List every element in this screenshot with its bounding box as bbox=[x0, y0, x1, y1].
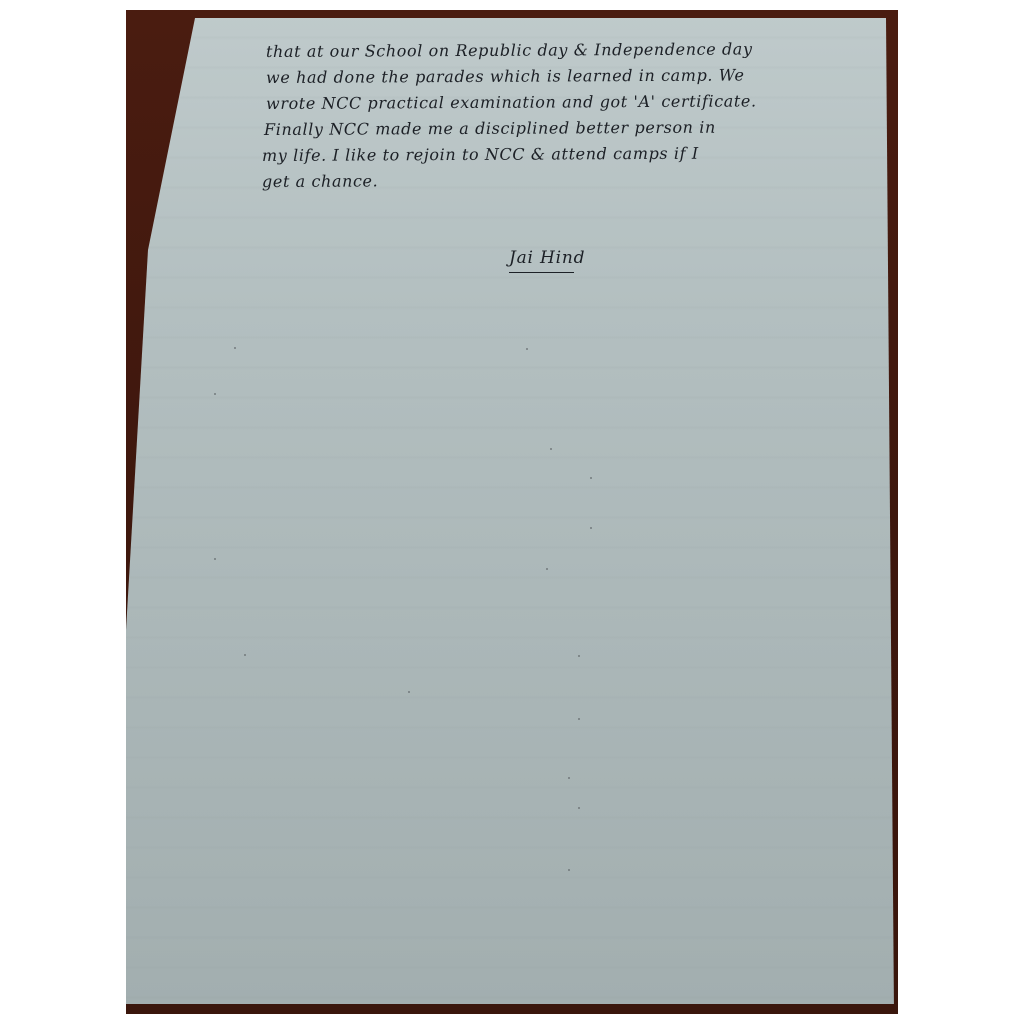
ink-speck bbox=[244, 654, 246, 656]
ink-speck bbox=[546, 568, 548, 570]
letter-line: my life. I like to rejoin to NCC & atten… bbox=[262, 144, 699, 165]
letter-line: we had done the parades which is learned… bbox=[266, 65, 745, 87]
ink-speck bbox=[568, 777, 570, 779]
closing-salutation: Jai Hind bbox=[509, 248, 585, 268]
letter-line: wrote NCC practical examination and got … bbox=[266, 91, 757, 113]
ink-speck bbox=[590, 527, 592, 529]
ink-speck bbox=[578, 718, 580, 720]
ink-speck bbox=[590, 477, 592, 479]
ink-speck bbox=[214, 393, 216, 395]
ink-speck bbox=[578, 807, 580, 809]
letter-line: get a chance. bbox=[262, 171, 378, 191]
closing-underline bbox=[509, 272, 574, 273]
ink-speck bbox=[578, 655, 580, 657]
ink-speck bbox=[568, 869, 570, 871]
ink-speck bbox=[234, 347, 236, 349]
ink-speck bbox=[550, 448, 552, 450]
ink-speck bbox=[214, 558, 216, 560]
paper-sheet: that at our School on Republic day & Ind… bbox=[126, 10, 898, 1014]
letter-line: Finally NCC made me a disciplined better… bbox=[264, 118, 716, 139]
table-edge-bottom bbox=[126, 1004, 898, 1014]
ink-speck bbox=[408, 691, 410, 693]
letter-line: that at our School on Republic day & Ind… bbox=[266, 39, 753, 61]
ink-speck bbox=[526, 348, 528, 350]
